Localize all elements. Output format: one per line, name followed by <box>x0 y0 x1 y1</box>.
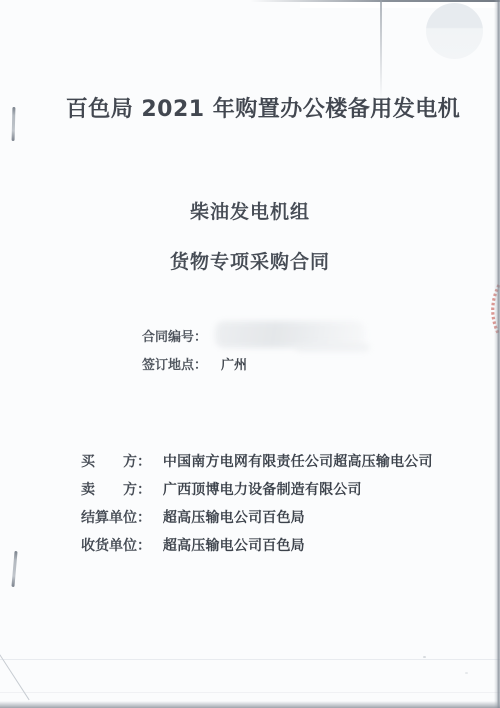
parties-block: 买 方： 中国南方电网有限责任公司超高压输电公司 卖 方： 广西顶博电力设备制造… <box>81 452 433 564</box>
staple-mark-bottom <box>11 551 17 587</box>
seller-value: 广西顶博电力设备制造有限公司 <box>163 482 362 498</box>
sign-place-label: 签订地点： <box>142 354 207 373</box>
party-row-buyer: 买 方： 中国南方电网有限责任公司超高压输电公司 <box>81 452 433 472</box>
seller-label: 卖 方： <box>81 480 151 500</box>
document-subtitle-type: 货物专项采购合同 <box>0 247 500 274</box>
sign-place-value: 广州 <box>221 354 247 373</box>
paper-speck <box>423 656 426 658</box>
crease-line-top-right <box>380 0 382 100</box>
buyer-label: 买 方： <box>81 452 151 472</box>
scan-streak <box>0 692 500 693</box>
party-row-receiving-unit: 收货单位： 超高压输电公司百色局 <box>81 536 433 556</box>
buyer-value: 中国南方电网有限责任公司超高压输电公司 <box>163 454 433 470</box>
receiving-unit-value: 超高压输电公司百色局 <box>163 538 305 554</box>
contract-number-label: 合同编号： <box>142 326 207 345</box>
document-title: 百色局 2021 年购置办公楼备用发电机 <box>0 92 500 123</box>
scan-streak <box>0 659 500 660</box>
scan-bottom-edge-shadow <box>0 701 500 708</box>
receiving-unit-label: 收货单位： <box>81 536 151 556</box>
document-subtitle-product: 柴油发电机组 <box>0 197 500 224</box>
sign-place-row: 签订地点： 广州 <box>142 354 247 373</box>
scanned-contract-page: 百色局 2021 年购置办公楼备用发电机 柴油发电机组 货物专项采购合同 合同编… <box>0 0 500 708</box>
party-row-settlement-unit: 结算单位： 超高压输电公司百色局 <box>81 508 433 528</box>
settlement-unit-label: 结算单位： <box>81 508 151 528</box>
party-row-seller: 卖 方： 广西顶博电力设备制造有限公司 <box>81 480 433 500</box>
paper-speck <box>465 672 468 674</box>
scan-smudge-circle <box>426 3 483 59</box>
settlement-unit-value: 超高压输电公司百色局 <box>163 510 305 526</box>
contract-number-redaction-smudge-tail <box>295 343 370 352</box>
